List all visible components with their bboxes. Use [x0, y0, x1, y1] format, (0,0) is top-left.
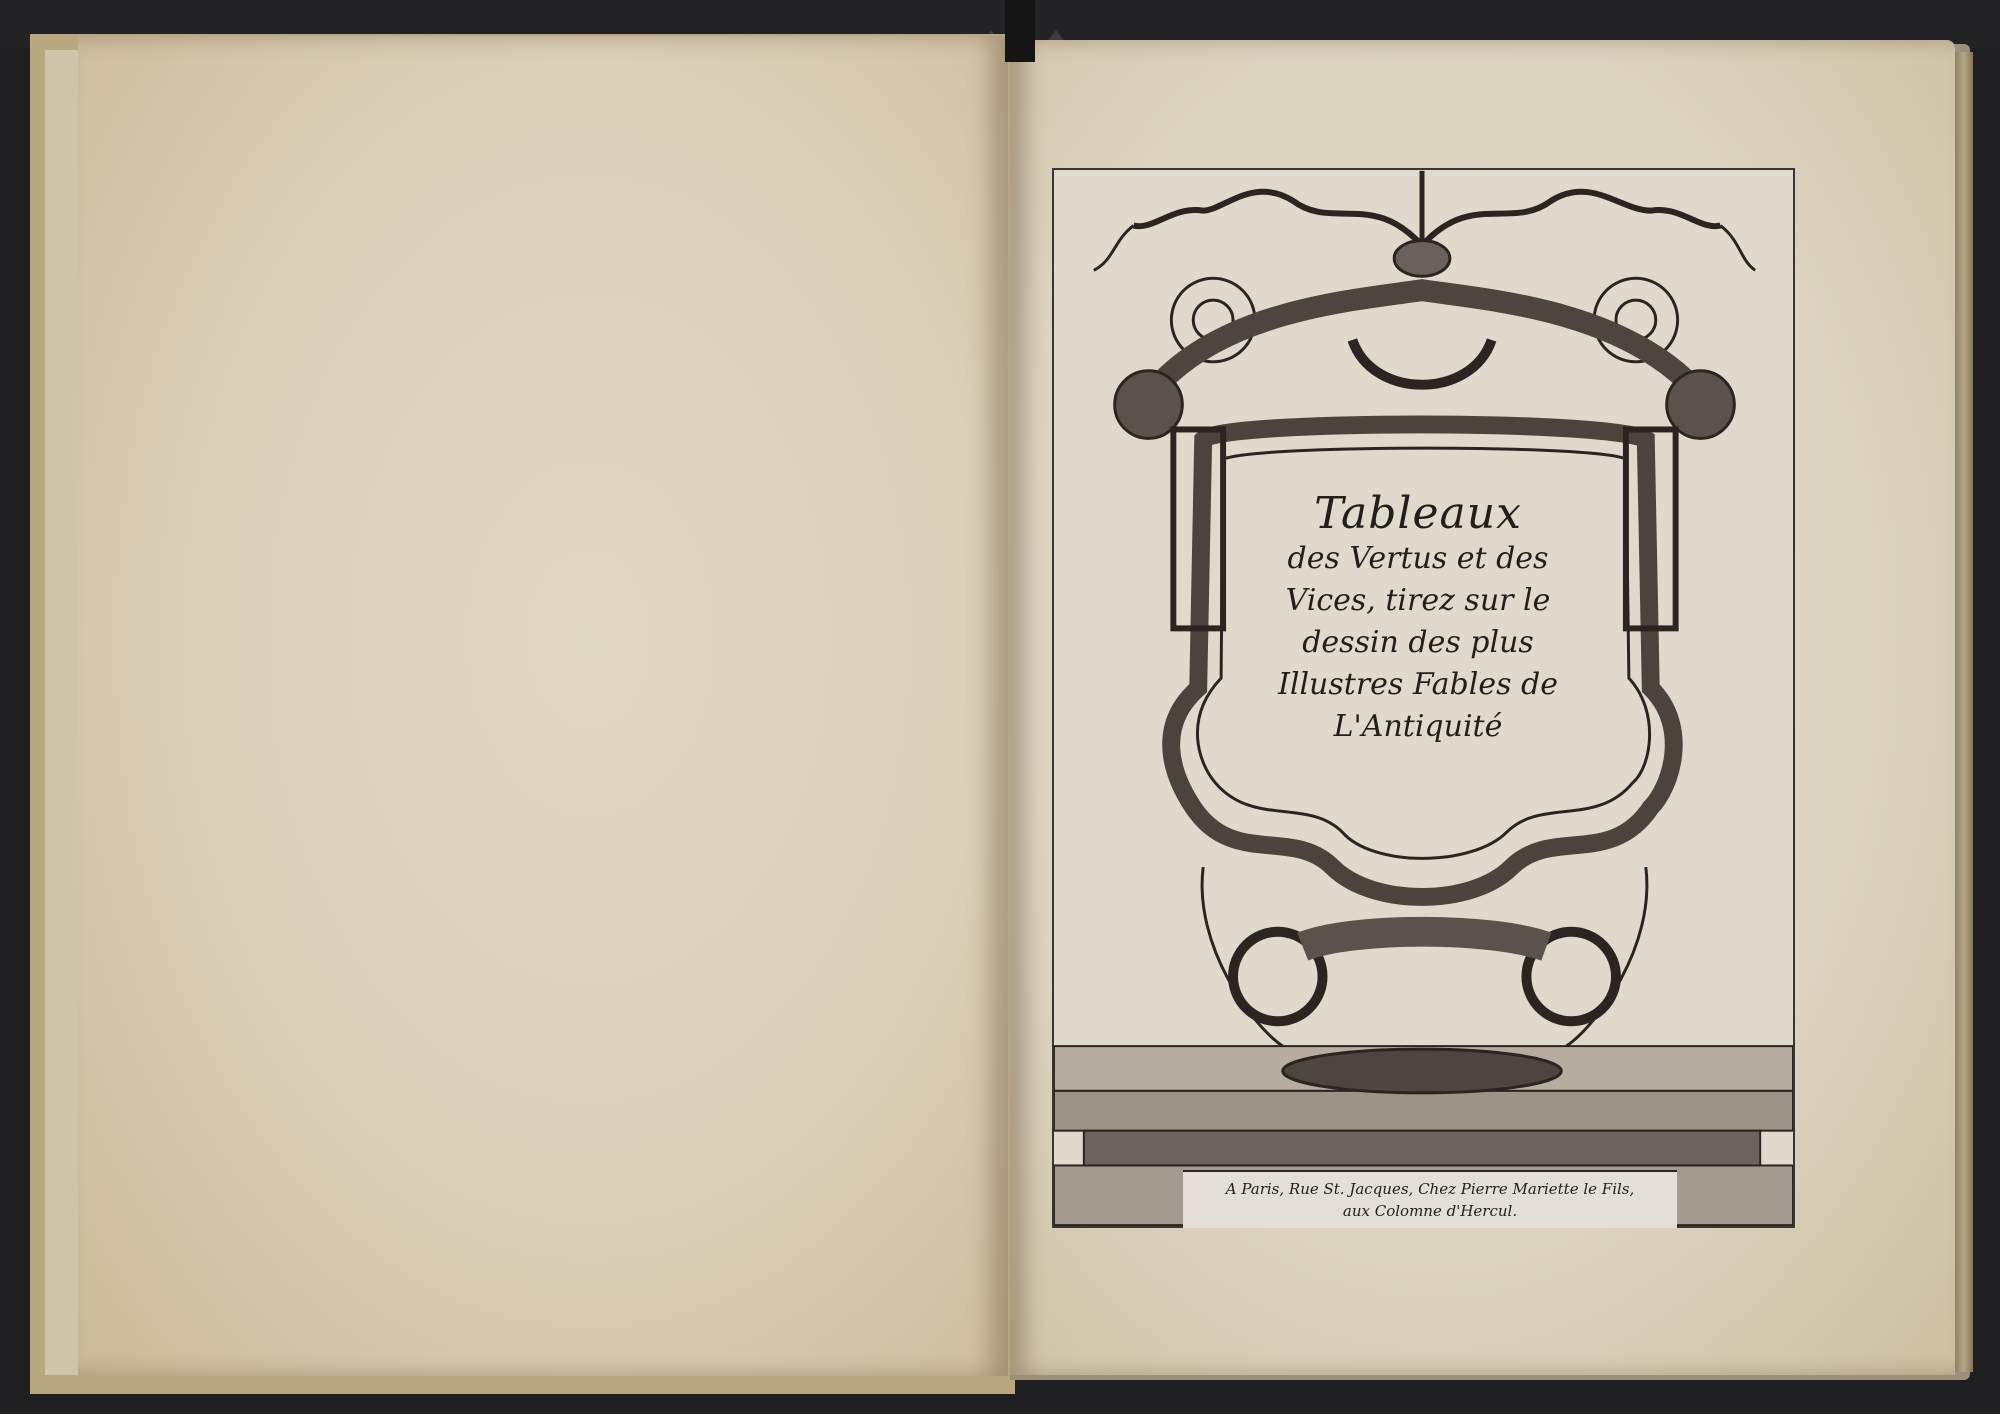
title-text: Tableaux des Vertus et des Vices, tirez …: [1238, 490, 1598, 748]
title-line-1: Tableaux: [1238, 490, 1598, 538]
imprint-panel: A Paris, Rue St. Jacques, Chez Pierre Ma…: [1183, 1170, 1677, 1228]
title-line-2: des Vertus et des: [1238, 538, 1598, 580]
title-line-3: Vices, tirez sur le: [1238, 580, 1598, 622]
title-line-6: L'Antiquité: [1238, 706, 1598, 748]
gutter-clamp: [1005, 0, 1035, 62]
imprint-line-2: aux Colomne d'Hercul.: [1183, 1200, 1677, 1222]
title-line-5: Illustres Fables de: [1238, 664, 1598, 706]
left-page-blank: [78, 36, 1008, 1376]
imprint-line-1: A Paris, Rue St. Jacques, Chez Pierre Ma…: [1183, 1178, 1677, 1200]
fore-edge: [1955, 52, 1973, 1372]
title-line-4: dessin des plus: [1238, 622, 1598, 664]
